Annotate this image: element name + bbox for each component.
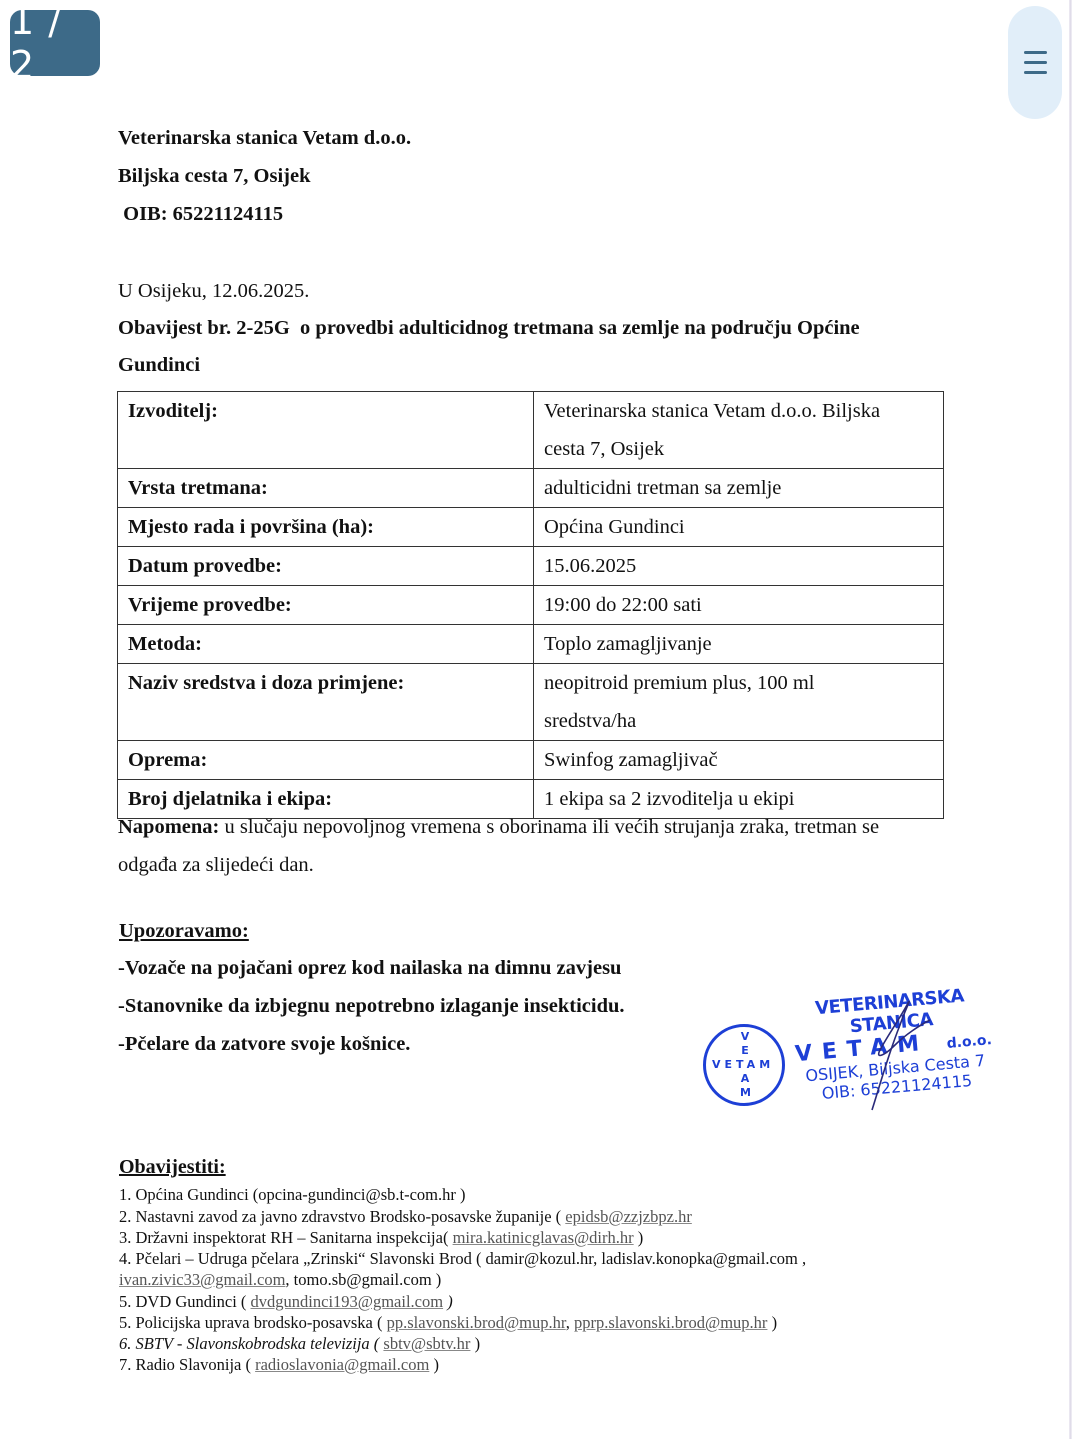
email-link[interactable]: ivan.zivic33@gmail.com xyxy=(119,1270,285,1289)
notify-text: 1. Općina Gundinci (opcina-gundinci@sb.t… xyxy=(119,1185,465,1204)
warning-item: -Pčelare da zatvore svoje košnice. xyxy=(118,1033,410,1056)
document-title-cont: Gundinci xyxy=(118,354,200,377)
notify-text: 2. Nastavni zavod za javno zdravstvo Bro… xyxy=(119,1207,565,1226)
row-label: Metoda: xyxy=(118,625,534,664)
notify-text: , xyxy=(566,1313,574,1332)
row-value-line: cesta 7, Osijek xyxy=(544,430,933,468)
row-value: Općina Gundinci xyxy=(534,508,944,547)
hamburger-menu-icon-bar xyxy=(1024,71,1047,74)
stamp-letter: M xyxy=(740,1086,750,1100)
notify-item: 5. DVD Gundinci ( dvdgundinci193@gmail.c… xyxy=(119,1291,453,1312)
notify-heading: Obavijestiti: xyxy=(119,1156,226,1179)
company-address: Biljska cesta 7, Osijek xyxy=(118,165,310,188)
row-label: Izvoditelj: xyxy=(118,392,534,469)
company-name: Veterinarska stanica Vetam d.o.o. xyxy=(118,127,411,150)
notify-text: 7. Radio Slavonija ( xyxy=(119,1355,255,1374)
notify-text: ) xyxy=(443,1292,453,1311)
place-date: U Osijeku, 12.06.2025. xyxy=(118,280,309,303)
email-link[interactable]: dvdgundinci193@gmail.com xyxy=(251,1292,444,1311)
stamp-letter: A xyxy=(740,1072,750,1086)
notify-text: , tomo.sb@gmail.com ) xyxy=(285,1270,441,1289)
row-value-line: 19:00 do 22:00 sati xyxy=(544,586,933,624)
notify-text: ) xyxy=(634,1228,644,1247)
notify-text: ) xyxy=(470,1334,480,1353)
row-value-line: neopitroid premium plus, 100 ml xyxy=(544,664,933,702)
table-row: Datum provedbe:15.06.2025 xyxy=(118,547,944,586)
notify-item: 3. Državni inspektorat RH – Sanitarna in… xyxy=(119,1227,643,1248)
row-label: Datum provedbe: xyxy=(118,547,534,586)
stamp-circle-text: VETAM xyxy=(712,1058,774,1071)
note-label: Napomena: xyxy=(118,816,219,838)
table-row: Vrijeme provedbe:19:00 do 22:00 sati xyxy=(118,586,944,625)
email-link[interactable]: pprp.slavonski.brod@mup.hr xyxy=(574,1313,767,1332)
row-value: 15.06.2025 xyxy=(534,547,944,586)
row-label: Naziv sredstva i doza primjene: xyxy=(118,664,534,741)
table-row: Izvoditelj:Veterinarska stanica Vetam d.… xyxy=(118,392,944,469)
warning-heading: Upozoravamo: xyxy=(119,920,249,943)
email-link[interactable]: mira.katinicglavas@dirh.hr xyxy=(453,1228,634,1247)
notify-text: 6. SBTV - Slavonskobrodska televizija ( xyxy=(119,1334,383,1353)
row-value: neopitroid premium plus, 100 mlsredstva/… xyxy=(534,664,944,741)
company-stamp: VETAM VETAM VETERINARSKA STANICA VETAM d… xyxy=(700,995,1000,1115)
row-value: Swinfog zamagljivač xyxy=(534,741,944,780)
notify-text: 4. Pčelari – Udruga pčelara „Zrinski“ Sl… xyxy=(119,1249,806,1268)
table-row: Metoda:Toplo zamagljivanje xyxy=(118,625,944,664)
notify-text: 3. Državni inspektorat RH – Sanitarna in… xyxy=(119,1228,453,1247)
row-label: Broj djelatnika i ekipa: xyxy=(118,780,534,819)
note-text: u slučaju nepovoljnog vremena s oborinam… xyxy=(219,816,879,838)
hamburger-menu-icon xyxy=(1024,51,1047,54)
table-row: Vrsta tretmana:adulticidni tretman sa ze… xyxy=(118,469,944,508)
notify-item: 7. Radio Slavonija ( radioslavonia@gmail… xyxy=(119,1354,439,1375)
table-row: Mjesto rada i površina (ha):Općina Gundi… xyxy=(118,508,944,547)
table-row: Broj djelatnika i ekipa:1 ekipa sa 2 izv… xyxy=(118,780,944,819)
notify-item: 5. Policijska uprava brodsko-posavska ( … xyxy=(119,1312,777,1333)
stamp-letter: E xyxy=(740,1044,750,1058)
note: Napomena: u slučaju nepovoljnog vremena … xyxy=(118,816,879,839)
stamp-circle-logo: VETAM VETAM xyxy=(703,1024,785,1106)
email-link[interactable]: pp.slavonski.brod@mup.hr xyxy=(387,1313,566,1332)
hamburger-menu-icon-bar xyxy=(1024,61,1047,64)
notify-text: 5. DVD Gundinci ( xyxy=(119,1292,251,1311)
row-value: 1 ekipa sa 2 izvoditelja u ekipi xyxy=(534,780,944,819)
row-value-line: 1 ekipa sa 2 izvoditelja u ekipi xyxy=(544,780,933,818)
treatment-info-table: Izvoditelj:Veterinarska stanica Vetam d.… xyxy=(117,391,944,819)
notify-text: ) xyxy=(767,1313,777,1332)
row-value-line: Općina Gundinci xyxy=(544,508,933,546)
table-row: Oprema:Swinfog zamagljivač xyxy=(118,741,944,780)
row-label: Vrsta tretmana: xyxy=(118,469,534,508)
table-row: Naziv sredstva i doza primjene:neopitroi… xyxy=(118,664,944,741)
email-link[interactable]: radioslavonia@gmail.com xyxy=(255,1355,429,1374)
warning-item: -Stanovnike da izbjegnu nepotrebno izlag… xyxy=(118,995,625,1018)
notify-item: 1. Općina Gundinci (opcina-gundinci@sb.t… xyxy=(119,1184,465,1205)
row-value: Toplo zamagljivanje xyxy=(534,625,944,664)
row-value-line: Swinfog zamagljivač xyxy=(544,741,933,779)
notify-text: 5. Policijska uprava brodsko-posavska ( xyxy=(119,1313,387,1332)
notify-item: ivan.zivic33@gmail.com, tomo.sb@gmail.co… xyxy=(119,1269,441,1290)
menu-button[interactable] xyxy=(1008,6,1062,119)
row-value-line: 15.06.2025 xyxy=(544,547,933,585)
row-value: 19:00 do 22:00 sati xyxy=(534,586,944,625)
row-label: Oprema: xyxy=(118,741,534,780)
warning-item: -Vozače na pojačani oprez kod nailaska n… xyxy=(118,957,621,980)
stamp-doo: d.o.o. xyxy=(946,1032,992,1052)
note-text-cont: odgađa za slijedeći dan. xyxy=(118,854,314,877)
row-value-line: Veterinarska stanica Vetam d.o.o. Biljsk… xyxy=(544,392,933,430)
stamp-letter: V xyxy=(740,1030,750,1044)
page-edge xyxy=(1069,0,1072,1439)
notify-item: 4. Pčelari – Udruga pčelara „Zrinski“ Sl… xyxy=(119,1248,806,1269)
row-label: Mjesto rada i površina (ha): xyxy=(118,508,534,547)
row-value-line: Toplo zamagljivanje xyxy=(544,625,933,663)
company-oib: OIB: 65221124115 xyxy=(118,203,283,226)
row-value-line: adulticidni tretman sa zemlje xyxy=(544,469,933,507)
notify-item: 2. Nastavni zavod za javno zdravstvo Bro… xyxy=(119,1206,692,1227)
notify-text: ) xyxy=(429,1355,439,1374)
row-label: Vrijeme provedbe: xyxy=(118,586,534,625)
page-indicator: 1 / 2 xyxy=(10,10,100,76)
email-link[interactable]: sbtv@sbtv.hr xyxy=(383,1334,470,1353)
signature-mark xyxy=(850,995,940,1115)
row-value: adulticidni tretman sa zemlje xyxy=(534,469,944,508)
notify-item: 6. SBTV - Slavonskobrodska televizija ( … xyxy=(119,1333,480,1354)
row-value: Veterinarska stanica Vetam d.o.o. Biljsk… xyxy=(534,392,944,469)
document-title: Obavijest br. 2-25G o provedbi adulticid… xyxy=(118,317,860,340)
row-value-line: sredstva/ha xyxy=(544,702,933,740)
email-link[interactable]: epidsb@zzjzbpz.hr xyxy=(565,1207,692,1226)
